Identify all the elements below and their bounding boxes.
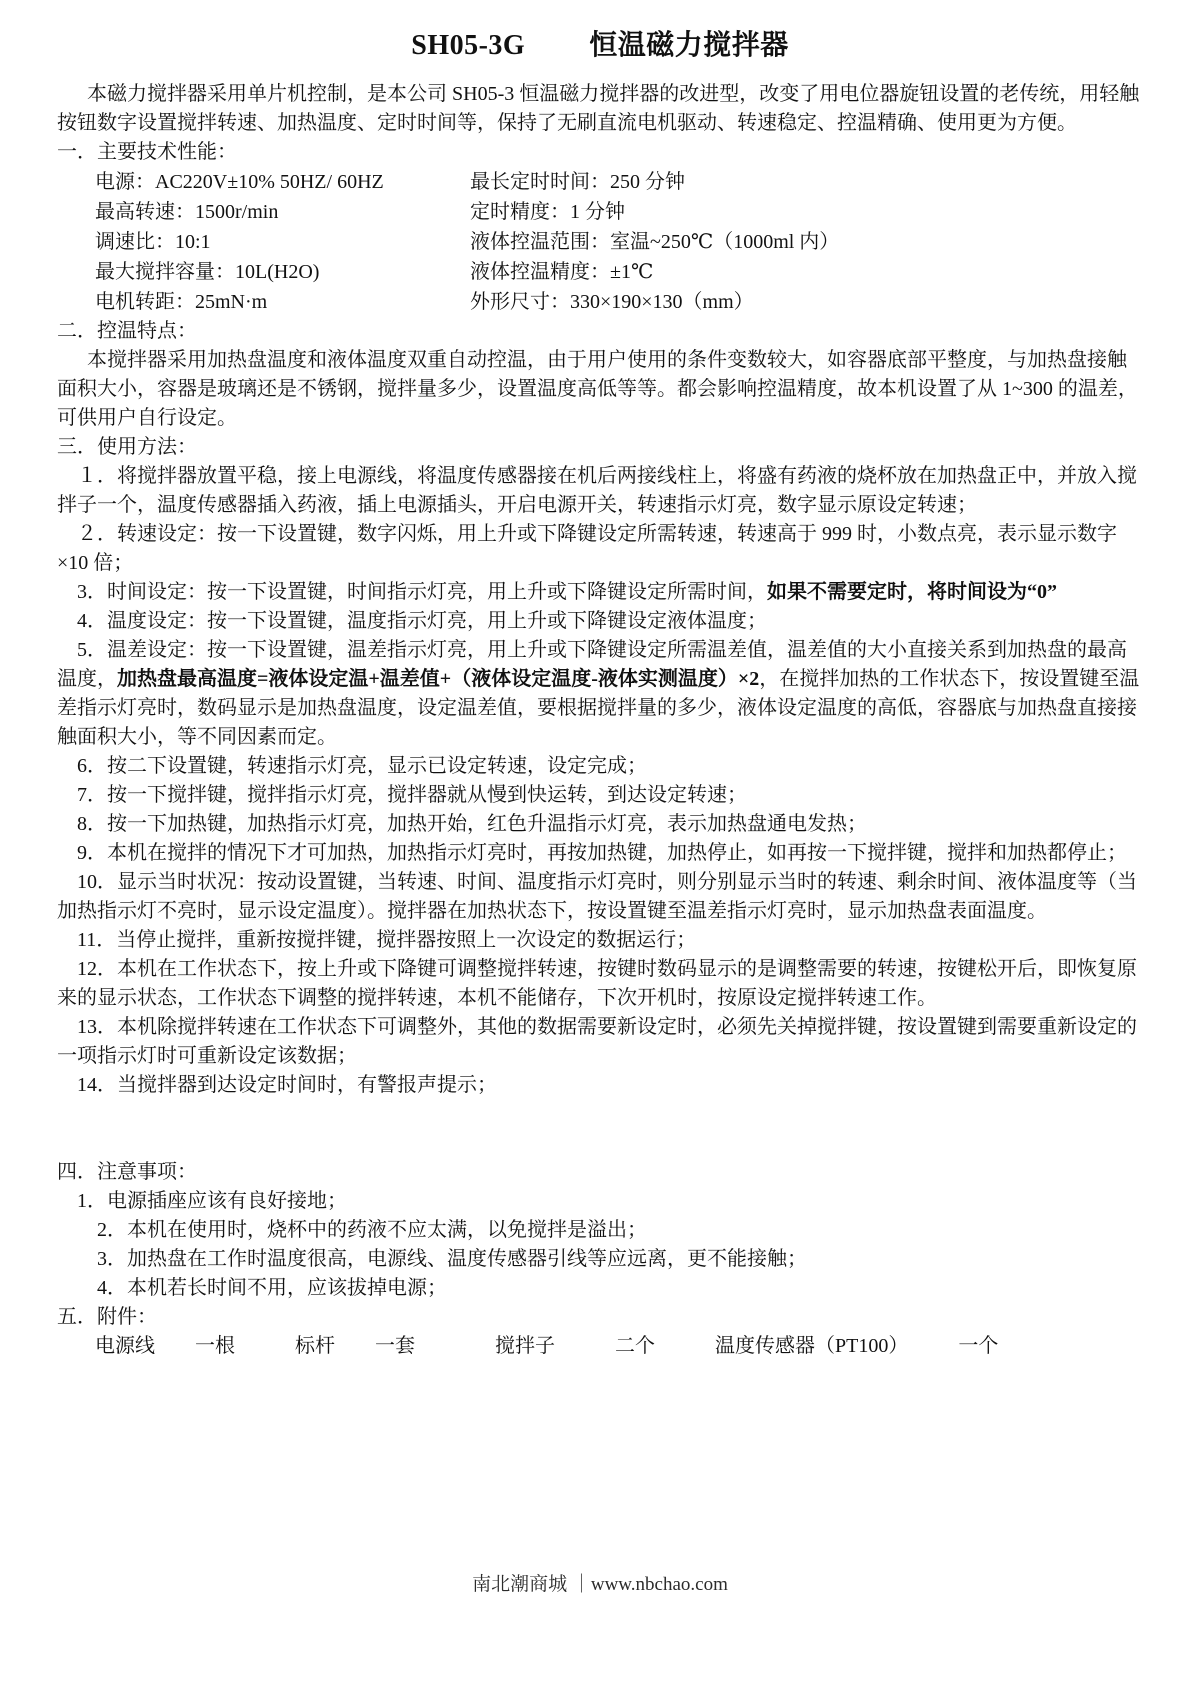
usage-item-text: 12．本机在工作状态下，按上升或下降键可调整搅拌转速，按键时数码显示的是调整需要… xyxy=(57,958,1137,1009)
footer-text: 南北潮商城 ｜www.nbchao.com xyxy=(0,1572,1200,1598)
usage-item-6: 6．按二下设置键，转速指示灯亮，显示已设定转速，设定完成； xyxy=(57,752,1143,781)
usage-item-bold-text: 加热盘最高温度=液体设定温+温差值+（液体设定温度-液体实测温度）×2 xyxy=(117,668,759,690)
usage-item-10: 10．显示当时状况：按动设置键，当转速、时间、温度指示灯亮时，则分别显示当时的转… xyxy=(57,868,1143,926)
accessories-line: 电源线 一根 标杆 一套 搅拌子 二个 温度传感器（PT100） 一个 xyxy=(57,1332,1143,1361)
specs-table: 电源：AC220V±10% 50HZ/ 60HZ 最长定时时间：250 分钟 最… xyxy=(57,167,1143,317)
spec-row: 调速比：10:1 液体控温范围：室温~250℃（1000ml 内） xyxy=(57,227,1143,257)
usage-item-12: 12．本机在工作状态下，按上升或下降键可调整搅拌转速，按键时数码显示的是调整需要… xyxy=(57,955,1143,1013)
usage-item-text: 7．按一下搅拌键，搅拌指示灯亮，搅拌器就从慢到快运转，到达设定转速； xyxy=(77,784,747,806)
section-heading-notes: 四．注意事项： xyxy=(57,1158,1143,1187)
document-page: SH05-3G恒温磁力搅拌器 本磁力搅拌器采用单片机控制，是本公司 SH05-3… xyxy=(0,0,1200,1361)
usage-item-text: ２．转速设定：按一下设置键，数字闪烁，用上升或下降键设定所需转速，转速高于 99… xyxy=(57,523,1117,574)
spec-row: 最大搅拌容量：10L(H2O) 液体控温精度：±1℃ xyxy=(57,257,1143,287)
usage-item-bold-text: 如果不需要定时，将时间设为“0” xyxy=(767,581,1057,603)
spec-max-capacity: 最大搅拌容量：10L(H2O) xyxy=(57,257,470,287)
note-item-1: 1．电源插座应该有良好接地； xyxy=(57,1187,1143,1216)
product-model: SH05-3G xyxy=(411,30,525,61)
spec-power: 电源：AC220V±10% 50HZ/ 60HZ xyxy=(57,167,470,197)
usage-item-5: 5．温差设定：按一下设置键，温差指示灯亮，用上升或下降键设定所需温差值，温差值的… xyxy=(57,636,1143,752)
section-heading-usage: 三．使用方法： xyxy=(57,433,1143,462)
notes-section: 四．注意事项： 1．电源插座应该有良好接地； 2．本机在使用时，烧杯中的药液不应… xyxy=(57,1158,1143,1303)
usage-item-text: １．将搅拌器放置平稳，接上电源线，将温度传感器接在机后两接线柱上，将盛有药液的烧… xyxy=(57,465,1137,516)
usage-item-text: 10．显示当时状况：按动设置键，当转速、时间、温度指示灯亮时，则分别显示当时的转… xyxy=(57,871,1137,922)
usage-item-text: 8．按一下加热键，加热指示灯亮，加热开始，红色升温指示灯亮，表示加热盘通电发热； xyxy=(77,813,867,835)
usage-item-text: 11．当停止搅拌，重新按搅拌键，搅拌器按照上一次设定的数据运行； xyxy=(77,929,696,951)
usage-item-7: 7．按一下搅拌键，搅拌指示灯亮，搅拌器就从慢到快运转，到达设定转速； xyxy=(57,781,1143,810)
spec-temp-range: 液体控温范围：室温~250℃（1000ml 内） xyxy=(470,227,1143,257)
intro-paragraph: 本磁力搅拌器采用单片机控制，是本公司 SH05-3 恒温磁力搅拌器的改进型，改变… xyxy=(57,80,1143,138)
product-name: 恒温磁力搅拌器 xyxy=(589,30,789,61)
usage-item-8: 8．按一下加热键，加热指示灯亮，加热开始，红色升温指示灯亮，表示加热盘通电发热； xyxy=(57,810,1143,839)
spec-row: 最高转速：1500r/min 定时精度：1 分钟 xyxy=(57,197,1143,227)
usage-item-text: 13．本机除搅拌转速在工作状态下可调整外，其他的数据需要新设定时，必须先关掉搅拌… xyxy=(57,1016,1137,1067)
usage-item-3: 3．时间设定：按一下设置键，时间指示灯亮，用上升或下降键设定所需时间，如果不需要… xyxy=(57,578,1143,607)
usage-item-text: 9．本机在搅拌的情况下才可加热，加热指示灯亮时，再按加热键，加热停止，如再按一下… xyxy=(77,842,1127,864)
usage-item-text: 3．时间设定：按一下设置键，时间指示灯亮，用上升或下降键设定所需时间， xyxy=(77,581,767,603)
note-item-3: 3．加热盘在工作时温度很高，电源线、温度传感器引线等应远离，更不能接触； xyxy=(57,1245,1143,1274)
section-heading-specs: 一．主要技术性能： xyxy=(57,138,1143,167)
note-item-2: 2．本机在使用时，烧杯中的药液不应太满，以免搅拌是溢出； xyxy=(57,1216,1143,1245)
spec-max-timer: 最长定时时间：250 分钟 xyxy=(470,167,1143,197)
usage-item-1: １．将搅拌器放置平稳，接上电源线，将温度传感器接在机后两接线柱上，将盛有药液的烧… xyxy=(57,462,1143,520)
usage-item-text: 4．温度设定：按一下设置键，温度指示灯亮，用上升或下降键设定液体温度； xyxy=(77,610,767,632)
note-item-4: 4．本机若长时间不用，应该拔掉电源； xyxy=(57,1274,1143,1303)
usage-item-2: ２．转速设定：按一下设置键，数字闪烁，用上升或下降键设定所需转速，转速高于 99… xyxy=(57,520,1143,578)
section-heading-temp-control: 二．控温特点： xyxy=(57,317,1143,346)
spec-motor-torque: 电机转距：25mN·m xyxy=(57,287,470,317)
spec-speed-ratio: 调速比：10:1 xyxy=(57,227,470,257)
page-title: SH05-3G恒温磁力搅拌器 xyxy=(57,28,1143,64)
spec-temp-precision: 液体控温精度：±1℃ xyxy=(470,257,1143,287)
usage-item-11: 11．当停止搅拌，重新按搅拌键，搅拌器按照上一次设定的数据运行； xyxy=(57,926,1143,955)
usage-item-text: 14．当搅拌器到达设定时间时，有警报声提示； xyxy=(77,1074,497,1096)
spec-max-speed: 最高转速：1500r/min xyxy=(57,197,470,227)
usage-item-9: 9．本机在搅拌的情况下才可加热，加热指示灯亮时，再按加热键，加热停止，如再按一下… xyxy=(57,839,1143,868)
usage-item-text: 6．按二下设置键，转速指示灯亮，显示已设定转速，设定完成； xyxy=(77,755,647,777)
usage-item-13: 13．本机除搅拌转速在工作状态下可调整外，其他的数据需要新设定时，必须先关掉搅拌… xyxy=(57,1013,1143,1071)
usage-item-4: 4．温度设定：按一下设置键，温度指示灯亮，用上升或下降键设定液体温度； xyxy=(57,607,1143,636)
temp-control-paragraph: 本搅拌器采用加热盘温度和液体温度双重自动控温，由于用户使用的条件变数较大，如容器… xyxy=(57,346,1143,433)
spec-dimensions: 外形尺寸：330×190×130（mm） xyxy=(470,287,1143,317)
section-heading-accessories: 五．附件： xyxy=(57,1303,1143,1332)
spec-timer-precision: 定时精度：1 分钟 xyxy=(470,197,1143,227)
spec-row: 电机转距：25mN·m 外形尺寸：330×190×130（mm） xyxy=(57,287,1143,317)
spec-row: 电源：AC220V±10% 50HZ/ 60HZ 最长定时时间：250 分钟 xyxy=(57,167,1143,197)
usage-item-14: 14．当搅拌器到达设定时间时，有警报声提示； xyxy=(57,1071,1143,1100)
